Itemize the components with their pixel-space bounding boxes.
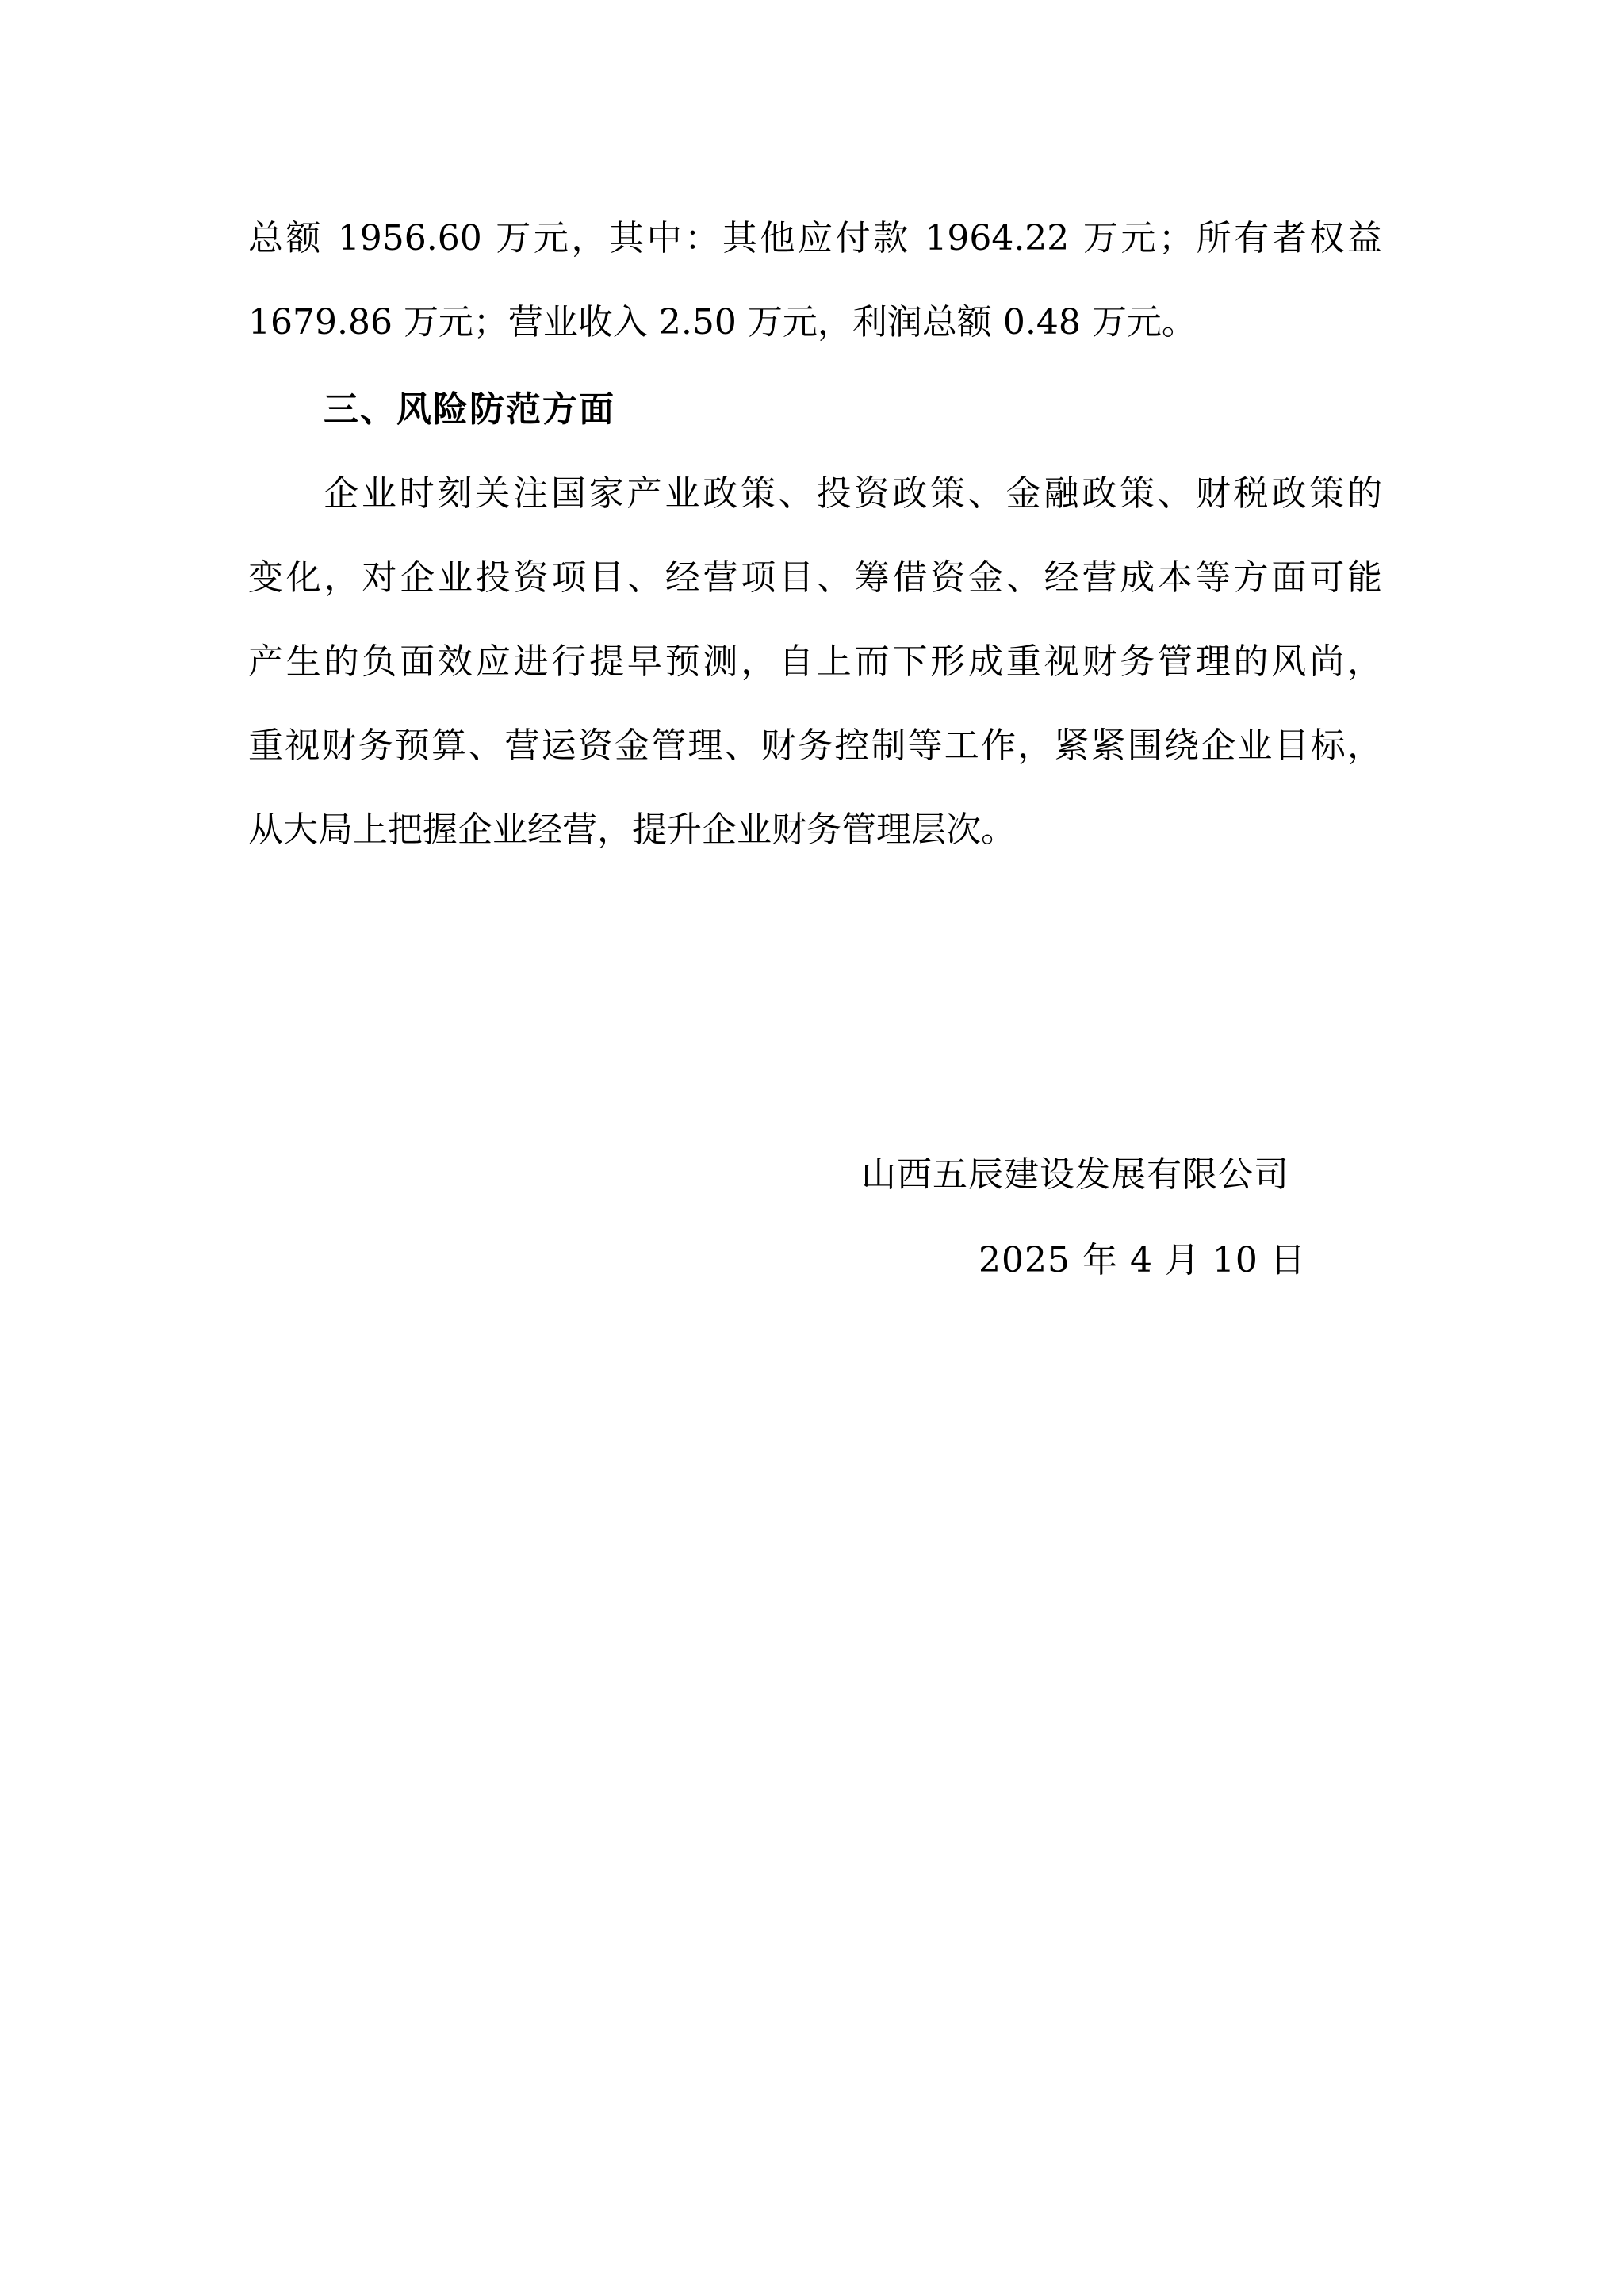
signature-date: 2025 年 4 月 10 日 [979,1237,1306,1284]
document-page: 总额 1956.60 万元，其中：其他应付款 1964.22 万元；所有者权益 … [0,0,1624,2296]
paragraph-line: 总额 1956.60 万元，其中：其他应付款 1964.22 万元；所有者权益 [248,215,1382,262]
paragraph-line: 企业时刻关注国家产业政策、投资政策、金融政策、财税政策的 [324,470,1382,518]
section-heading: 三、风险防范方面 [324,386,615,434]
paragraph-line: 变化，对企业投资项目、经营项目、筹借资金、经营成本等方面可能 [248,554,1382,602]
paragraph-line: 从大局上把握企业经营，提升企业财务管理层次。 [248,806,1382,854]
paragraph-line: 产生的负面效应进行提早预测，自上而下形成重视财务管理的风尚， [248,638,1382,686]
paragraph-line: 1679.86 万元；营业收入 2.50 万元，利润总额 0.48 万元。 [248,299,1382,346]
signature-company: 山西五辰建设发展有限公司 [861,1151,1289,1199]
paragraph-line: 重视财务预算、营运资金管理、财务控制等工作，紧紧围绕企业目标， [248,722,1382,770]
